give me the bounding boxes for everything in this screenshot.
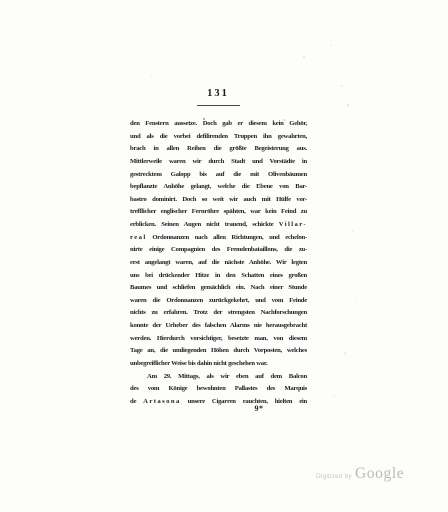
scan-speck <box>150 74 152 76</box>
text-line: uns bei drückender Hitze in den Schatten… <box>130 270 307 283</box>
text-line: werden. Hierdurch vorsichtiger, besetzte… <box>130 333 307 346</box>
scan-speck <box>333 395 335 397</box>
text-line: nirte einige Compagnien des Fremdenbatai… <box>130 244 307 257</box>
paragraph-start-line: Am 29. Mittags, als wir eben auf dem Bal… <box>130 371 307 384</box>
scan-speck <box>344 352 346 355</box>
text-line: den Fenstern aussetze. Doch gab er diese… <box>130 118 307 131</box>
letterspaced-name: real <box>130 234 147 241</box>
page-number-rule <box>197 105 240 106</box>
text-line: bepflanzte Anhöhe gelangt, welche die Eb… <box>130 181 307 194</box>
scan-speck <box>282 119 286 121</box>
letterspaced-name: Villar- <box>279 221 307 228</box>
text-line: Baumes und schliefen gemächlich ein. Nac… <box>130 282 307 295</box>
google-logo: Google <box>355 465 404 483</box>
text-line: brach in allen Reihen die größte Begeist… <box>130 143 307 156</box>
signature-mark: 9* <box>244 404 274 413</box>
text-line: gestrecktem Galopp bis auf die mit Olive… <box>130 169 307 182</box>
scan-speck <box>356 300 358 302</box>
text-line: bastro dominirt. Doch so weit wir auch m… <box>130 194 307 207</box>
text-line: waren die Ordonnanzen zurückgekehrt, und… <box>130 295 307 308</box>
text-line: Tage an, die umliegenden Höhen durch Vor… <box>130 345 307 358</box>
text-line: erst angelangt waren, auf die nächste An… <box>130 257 307 270</box>
text-line: unbegreiflicher Weise bis dahin nicht ge… <box>130 358 307 371</box>
text-line: nichts zu erfahren. Trotz der strengsten… <box>130 307 307 320</box>
scan-speck <box>341 85 343 87</box>
text-line: konnte der Urheber des falschen Alarms n… <box>130 320 307 333</box>
text-segment: Ordonnanzen nach allen Richtungen, und e… <box>147 234 307 241</box>
scan-speck <box>303 56 305 58</box>
text-segment: erblicken. Seinen Augen nicht trauend, s… <box>130 221 279 228</box>
page-number: 131 <box>196 88 240 99</box>
watermark-digitized-by: Digitized by <box>316 473 352 480</box>
text-line: real Ordonnanzen nach allen Richtungen, … <box>130 232 307 245</box>
google-watermark: Digitized by Google <box>316 465 426 487</box>
text-line: Mittlerweile waren wir durch Stadt und V… <box>130 156 307 169</box>
text-line: des vom Könige bewohnten Pallastes des M… <box>130 383 307 396</box>
text-line: erblicken. Seinen Augen nicht trauend, s… <box>130 219 307 232</box>
text-line: und als die vorbei defilirenden Truppen … <box>130 131 307 144</box>
body-text: den Fenstern aussetze. Doch gab er diese… <box>130 118 307 408</box>
scan-speck <box>352 230 354 232</box>
scan-speck <box>330 44 332 46</box>
letterspaced-name: Artasona <box>143 398 181 405</box>
scan-speck <box>347 104 349 106</box>
text-line: trefflicher englischer Fernröhre spähten… <box>130 206 307 219</box>
text-line: de Artasona unsere Cigarren rauchten, hi… <box>130 396 307 409</box>
text-segment: de <box>130 398 143 405</box>
book-page: 131 den Fenstern aussetze. Doch gab er d… <box>0 0 448 512</box>
